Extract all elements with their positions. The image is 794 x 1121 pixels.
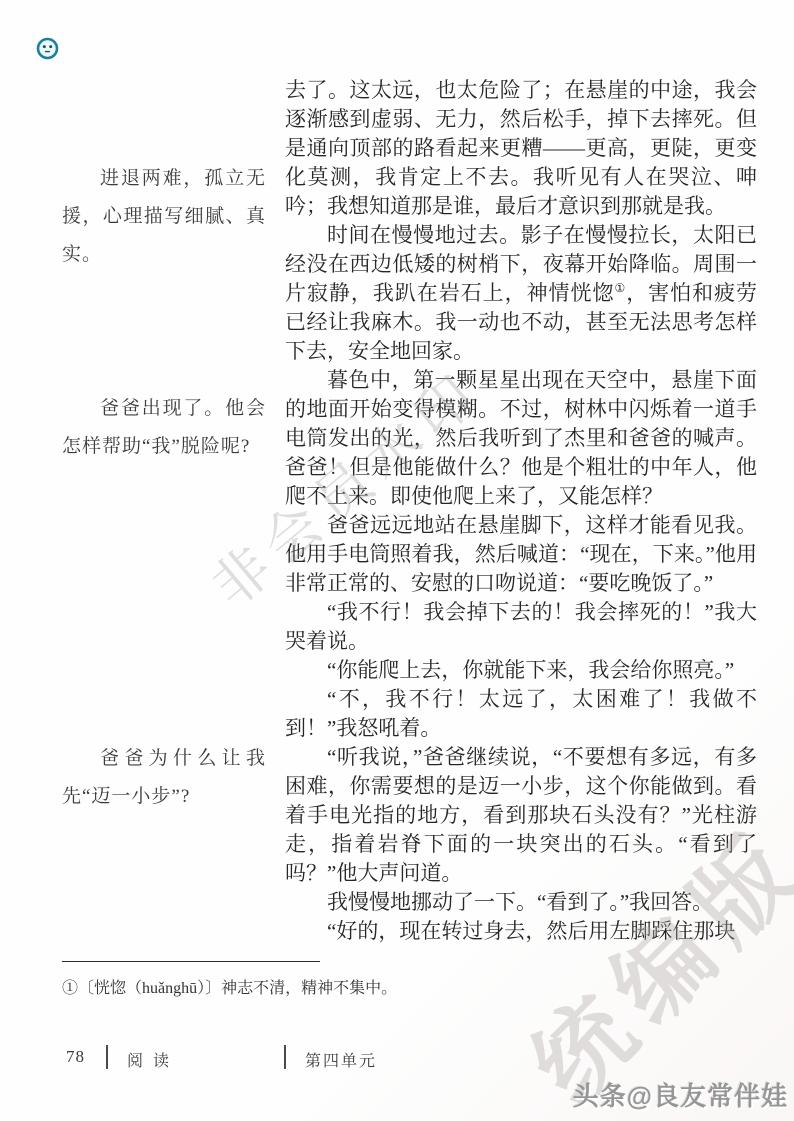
footer-unit-label: 第四单元 <box>305 1048 377 1071</box>
footnote: ①〔恍惚（huǎnghū）〕神志不清，精神不集中。 <box>62 977 622 1001</box>
footnote-divider <box>62 961 320 962</box>
paragraph: 爸爸远远地站在悬崖脚下，这样才能看见我。他用手电筒照着我，然后喊道：“现在，下来… <box>285 511 757 598</box>
page-footer: 78 阅 读 第四单元 <box>0 1045 794 1075</box>
margin-note: 进退两难，孤立无援，心理描写细腻、真实。 <box>62 160 266 274</box>
footer-section-label: 阅 读 <box>127 1048 172 1071</box>
paragraph: “不，我不行！太远了，太困难了！我做不到！”我怒吼着。 <box>285 685 757 743</box>
paragraph: “听我说，”爸爸继续说，“不要想有多远，有多困难，你需要想的是迈一小步，这个你能… <box>285 743 757 888</box>
paragraph: “好的，现在转过身去，然后用左脚踩住那块 <box>285 917 757 946</box>
page-number: 78 <box>66 1047 85 1067</box>
margin-note: 爸爸出现了。他会怎样帮助“我”脱险呢? <box>62 390 266 466</box>
smiley-icon <box>36 37 59 60</box>
footnote-ref: ① <box>614 281 626 295</box>
footer-divider <box>106 1045 108 1069</box>
paragraph: 暮色中，第一颗星星出现在天空中，悬崖下面的地面开始变得模糊。不过，树林中闪烁着一… <box>285 366 757 511</box>
main-text-column: 去了。这太远，也太危险了；在悬崖的中途，我会逐渐感到虚弱、无力，然后松手，掉下去… <box>285 76 757 946</box>
textbook-page: 进退两难，孤立无援，心理描写细腻、真实。 爸爸出现了。他会怎样帮助“我”脱险呢?… <box>0 0 794 1121</box>
paragraph: “你能爬上去，你就能下来，我会给你照亮。” <box>285 656 757 685</box>
paragraph: 去了。这太远，也太危险了；在悬崖的中途，我会逐渐感到虚弱、无力，然后松手，掉下去… <box>285 76 757 221</box>
watermark-credit: 头条@良友常伴娃 <box>573 1076 788 1113</box>
margin-note: 爸爸为什么让我先“迈一小步”? <box>62 740 266 816</box>
paragraph: 时间在慢慢地过去。影子在慢慢拉长，太阳已经没在西边低矮的树梢下，夜幕开始降临。周… <box>285 221 757 366</box>
paragraph: 我慢慢地挪动了一下。“看到了。”我回答。 <box>285 888 757 917</box>
paragraph: “我不行！我会掉下去的！我会摔死的！”我大哭着说。 <box>285 598 757 656</box>
footer-divider <box>284 1045 286 1069</box>
